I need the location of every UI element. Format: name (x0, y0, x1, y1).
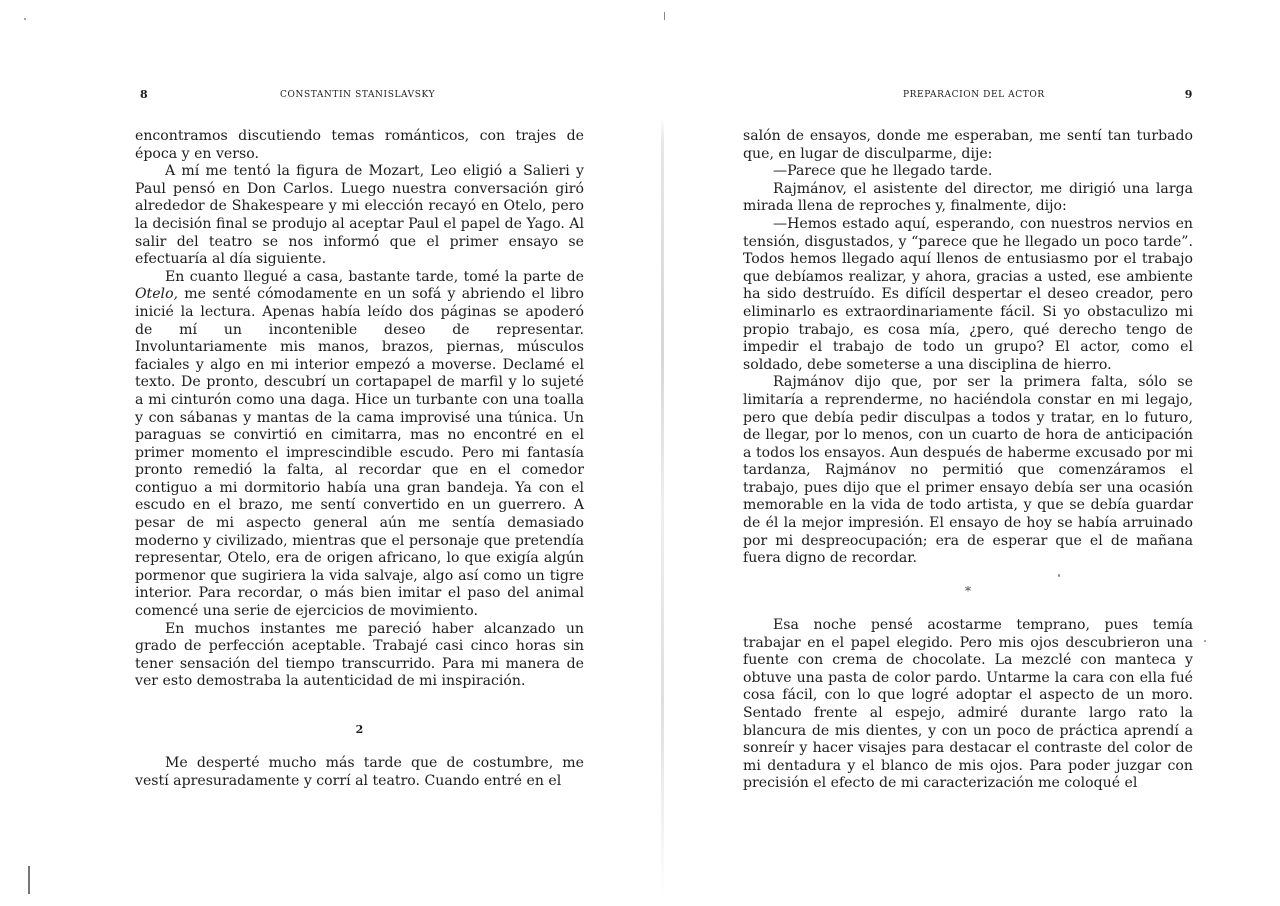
paragraph: —Parece que he llegado tarde. (743, 163, 1193, 181)
section-number: 2 (135, 723, 584, 736)
running-head: 8 CONSTANTIN STANISLAVSKY (135, 90, 584, 104)
paragraph: encontramos discutiendo temas románticos… (135, 128, 584, 163)
paragraph: Rajmánov, el asistente del director, me … (743, 181, 1193, 216)
scan-speck (24, 18, 26, 20)
paragraph-text: En cuanto llegué a casa, bastante tarde,… (165, 269, 584, 285)
scan-speck (28, 866, 30, 894)
paragraph: —Hemos estado aquí, esperando, con nuest… (743, 216, 1193, 374)
body-text: Esa noche pensé acostarme temprano, pues… (743, 617, 1193, 793)
body-text: Me desperté mucho más tarde que de costu… (135, 755, 584, 790)
paragraph: En muchos instantes me pareció haber alc… (135, 621, 584, 691)
paragraph: Me desperté mucho más tarde que de costu… (135, 755, 584, 790)
page-number: 9 (1185, 88, 1193, 101)
body-text: encontramos discutiendo temas románticos… (135, 128, 584, 691)
scan-speck (664, 12, 665, 20)
page-gutter (661, 118, 664, 898)
body-text: salón de ensayos, donde me esperaban, me… (743, 128, 1193, 568)
scan-speck (1204, 640, 1206, 642)
section-break-asterisk: * (743, 584, 1193, 598)
page-number: 8 (140, 88, 148, 101)
running-head: PREPARACION DEL ACTOR 9 (743, 90, 1193, 104)
paragraph: En cuanto llegué a casa, bastante tarde,… (135, 269, 584, 621)
scan-speck (1058, 574, 1060, 577)
paragraph: Esa noche pensé acostarme temprano, pues… (743, 617, 1193, 793)
running-head-title: CONSTANTIN STANISLAVSKY (280, 90, 435, 100)
right-page: PREPARACION DEL ACTOR 9 salón de ensayos… (743, 0, 1193, 906)
paragraph: salón de ensayos, donde me esperaban, me… (743, 128, 1193, 163)
paragraph-text: me senté cómodamente en un sofá y abrien… (135, 286, 584, 619)
paragraph: A mí me tentó la figura de Mozart, Leo e… (135, 163, 584, 269)
left-page: 8 CONSTANTIN STANISLAVSKY encontramos di… (135, 0, 584, 906)
italic-title: Otelo, (135, 286, 178, 302)
running-head-title: PREPARACION DEL ACTOR (903, 90, 1045, 100)
paragraph: Rajmánov dijo que, por ser la primera fa… (743, 374, 1193, 568)
